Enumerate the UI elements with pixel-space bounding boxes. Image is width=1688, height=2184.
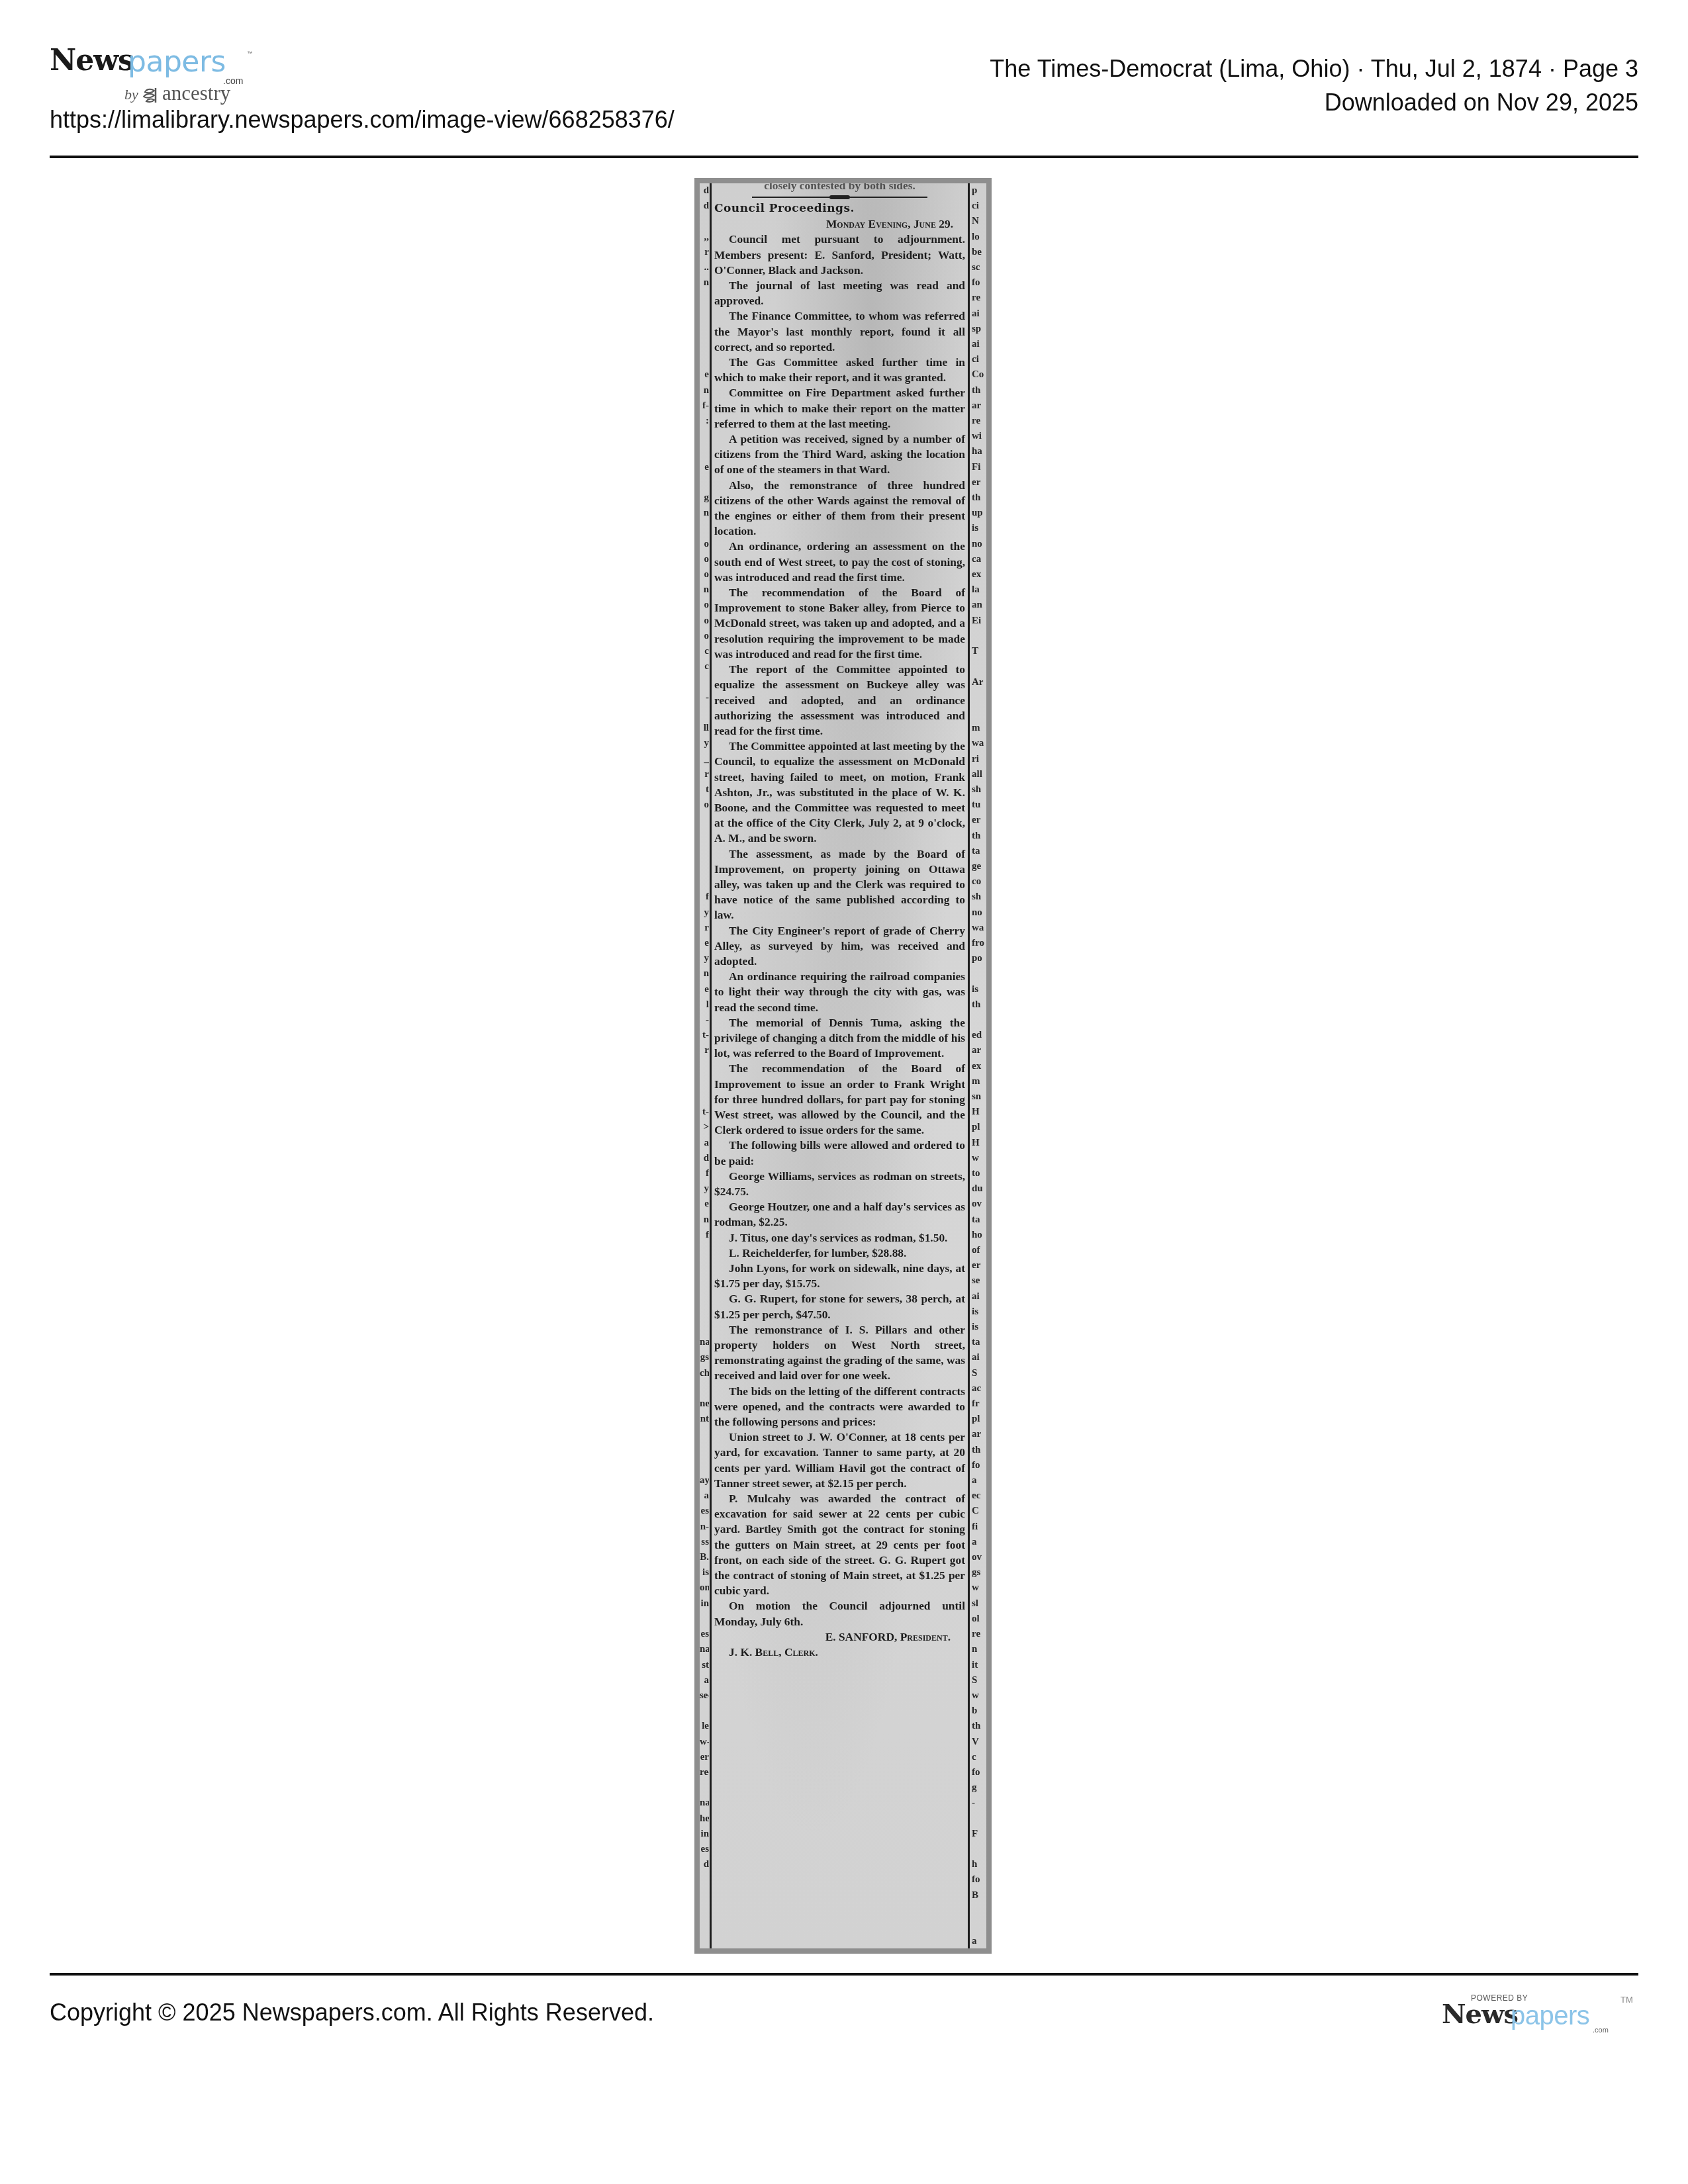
footer-logo-trademark: TM — [1620, 1995, 1633, 2005]
adjacent-left-column-fragments: d d ,, r .. n e n f- : e g n o o o n o o… — [700, 183, 709, 1872]
publication-meta: The Times-Democrat (Lima, Ohio) · Thu, J… — [990, 52, 1638, 119]
article-paragraph: The journal of last meeting was read and… — [714, 278, 965, 308]
copyright-notice: Copyright © 2025 Newspapers.com. All Rig… — [50, 1999, 654, 2026]
downloaded-date: Downloaded on Nov 29, 2025 — [990, 85, 1638, 119]
powered-by-newspapers-logo[interactable]: POWERED BY News papers TM .com — [1436, 1991, 1638, 2037]
article-paragraph: The City Engineer's report of grade of C… — [714, 923, 965, 970]
article-paragraph: Committee on Fire Department asked furth… — [714, 385, 965, 432]
article-paragraph: The recommendation of the Board of Impro… — [714, 585, 965, 662]
article-paragraph: The bids on the letting of the different… — [714, 1384, 965, 1430]
column-rule-right — [968, 183, 970, 1948]
footer-logo-dotcom: .com — [1593, 2026, 1609, 2034]
article-paragraph: An ordinance requiring the railroad comp… — [714, 969, 965, 1015]
article-paragraph: The assessment, as made by the Board of … — [714, 846, 965, 923]
footer-logo-papers: papers — [1511, 2001, 1589, 2030]
newspapers-by-ancestry-logo[interactable]: News papers ™ .com by ancestry — [50, 45, 261, 109]
signature-clerk: J. K. Bell, Clerk. — [714, 1645, 965, 1660]
publication-line: The Times-Democrat (Lima, Ohio) · Thu, J… — [990, 52, 1638, 85]
logo-papers-wordmark: papers — [128, 46, 226, 78]
article-paragraph: The Gas Committee asked further time in … — [714, 355, 965, 385]
logo-ancestry-wordmark: ancestry — [162, 82, 230, 105]
article-paragraph: Union street to J. W. O'Conner, at 18 ce… — [714, 1430, 965, 1491]
header-divider — [50, 156, 1638, 158]
article-paragraph: The recommendation of the Board of Impro… — [714, 1061, 965, 1138]
article-paragraph: An ordinance, ordering an assessment on … — [714, 539, 965, 585]
clipping-paper: d d ,, r .. n e n f- : e g n o o o n o o… — [700, 183, 986, 1948]
logo-by-label: by — [124, 85, 138, 105]
article-paragraph: The Finance Committee, to whom was refer… — [714, 308, 965, 355]
bill-item: G. G. Rupert, for stone for sewers, 38 p… — [714, 1291, 965, 1322]
article-paragraph: P. Mulcahy was awarded the contract of e… — [714, 1491, 965, 1598]
article-divider-ornament — [752, 195, 927, 200]
previous-article-tail: closely contested by both sides. — [714, 183, 965, 193]
source-url-link[interactable]: https://limalibrary.newspapers.com/image… — [50, 106, 675, 134]
article-headline: Council Proceedings. — [714, 201, 965, 216]
logo-trademark: ™ — [247, 50, 252, 56]
bill-item: John Lyons, for work on sidewalk, nine d… — [714, 1261, 965, 1291]
column-rule-left — [710, 183, 712, 1948]
bill-item: J. Titus, one day's services as rodman, … — [714, 1230, 965, 1246]
signature-president: E. SANFORD, President. — [714, 1629, 965, 1645]
newspaper-clipping-image: d d ,, r .. n e n f- : e g n o o o n o o… — [694, 178, 992, 1954]
article-paragraph: A petition was received, signed by a num… — [714, 432, 965, 478]
footer-logo-news: News — [1442, 2000, 1518, 2029]
article-paragraph: The Committee appointed at last meeting … — [714, 739, 965, 846]
article-paragraph: The following bills were allowed and ord… — [714, 1138, 965, 1168]
article-paragraph: On motion the Council adjourned until Mo… — [714, 1598, 965, 1629]
logo-news-wordmark: News — [50, 45, 134, 77]
council-proceedings-article: closely contested by both sides. Council… — [714, 183, 965, 1660]
bill-item: L. Reichelderfer, for lumber, $28.88. — [714, 1246, 965, 1261]
article-paragraph: Also, the remonstrance of three hundred … — [714, 478, 965, 539]
ancestry-leaf-icon — [142, 87, 160, 104]
article-paragraph: The memorial of Dennis Tuma, asking the … — [714, 1015, 965, 1062]
adjacent-right-column-fragments: p ci N lo be sc fo re ai sp ai ci Co th … — [972, 183, 986, 1948]
article-paragraph: Council met pursuant to adjournment. Mem… — [714, 232, 965, 278]
bill-item: George Williams, services as rodman on s… — [714, 1169, 965, 1199]
article-paragraph: The remonstrance of I. S. Pillars and ot… — [714, 1322, 965, 1384]
article-dateline: Monday Evening, June 29. — [714, 216, 965, 232]
footer-divider — [50, 1973, 1638, 1976]
article-paragraph: The report of the Committee appointed to… — [714, 662, 965, 739]
bill-item: George Houtzer, one and a half day's ser… — [714, 1199, 965, 1230]
